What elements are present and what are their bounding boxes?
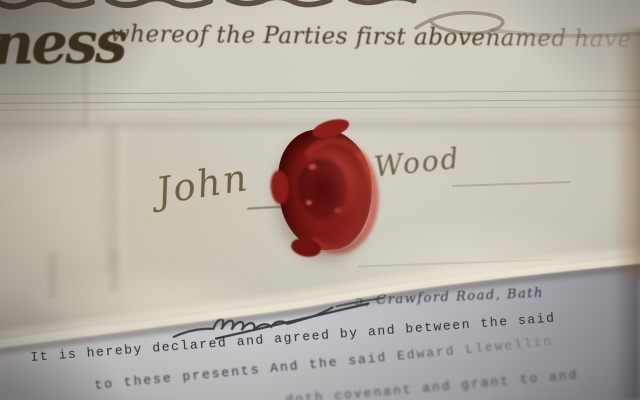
parchment-right-edge — [614, 28, 640, 280]
signature-rule — [452, 181, 570, 187]
engrossed-initial: ness — [0, 13, 125, 73]
parchment-crease — [48, 252, 57, 298]
engrossed-script-line: whereof the Parties first abovenamed hav… — [110, 21, 632, 54]
wax-highlight-speck — [308, 163, 316, 170]
parchment-crease — [110, 250, 118, 292]
signature-last-name: Wood — [373, 145, 462, 182]
typed-line: doth covenant and grant to and — [285, 368, 579, 400]
document-photograph: ness whereof the Parties first abovename… — [0, 0, 640, 400]
